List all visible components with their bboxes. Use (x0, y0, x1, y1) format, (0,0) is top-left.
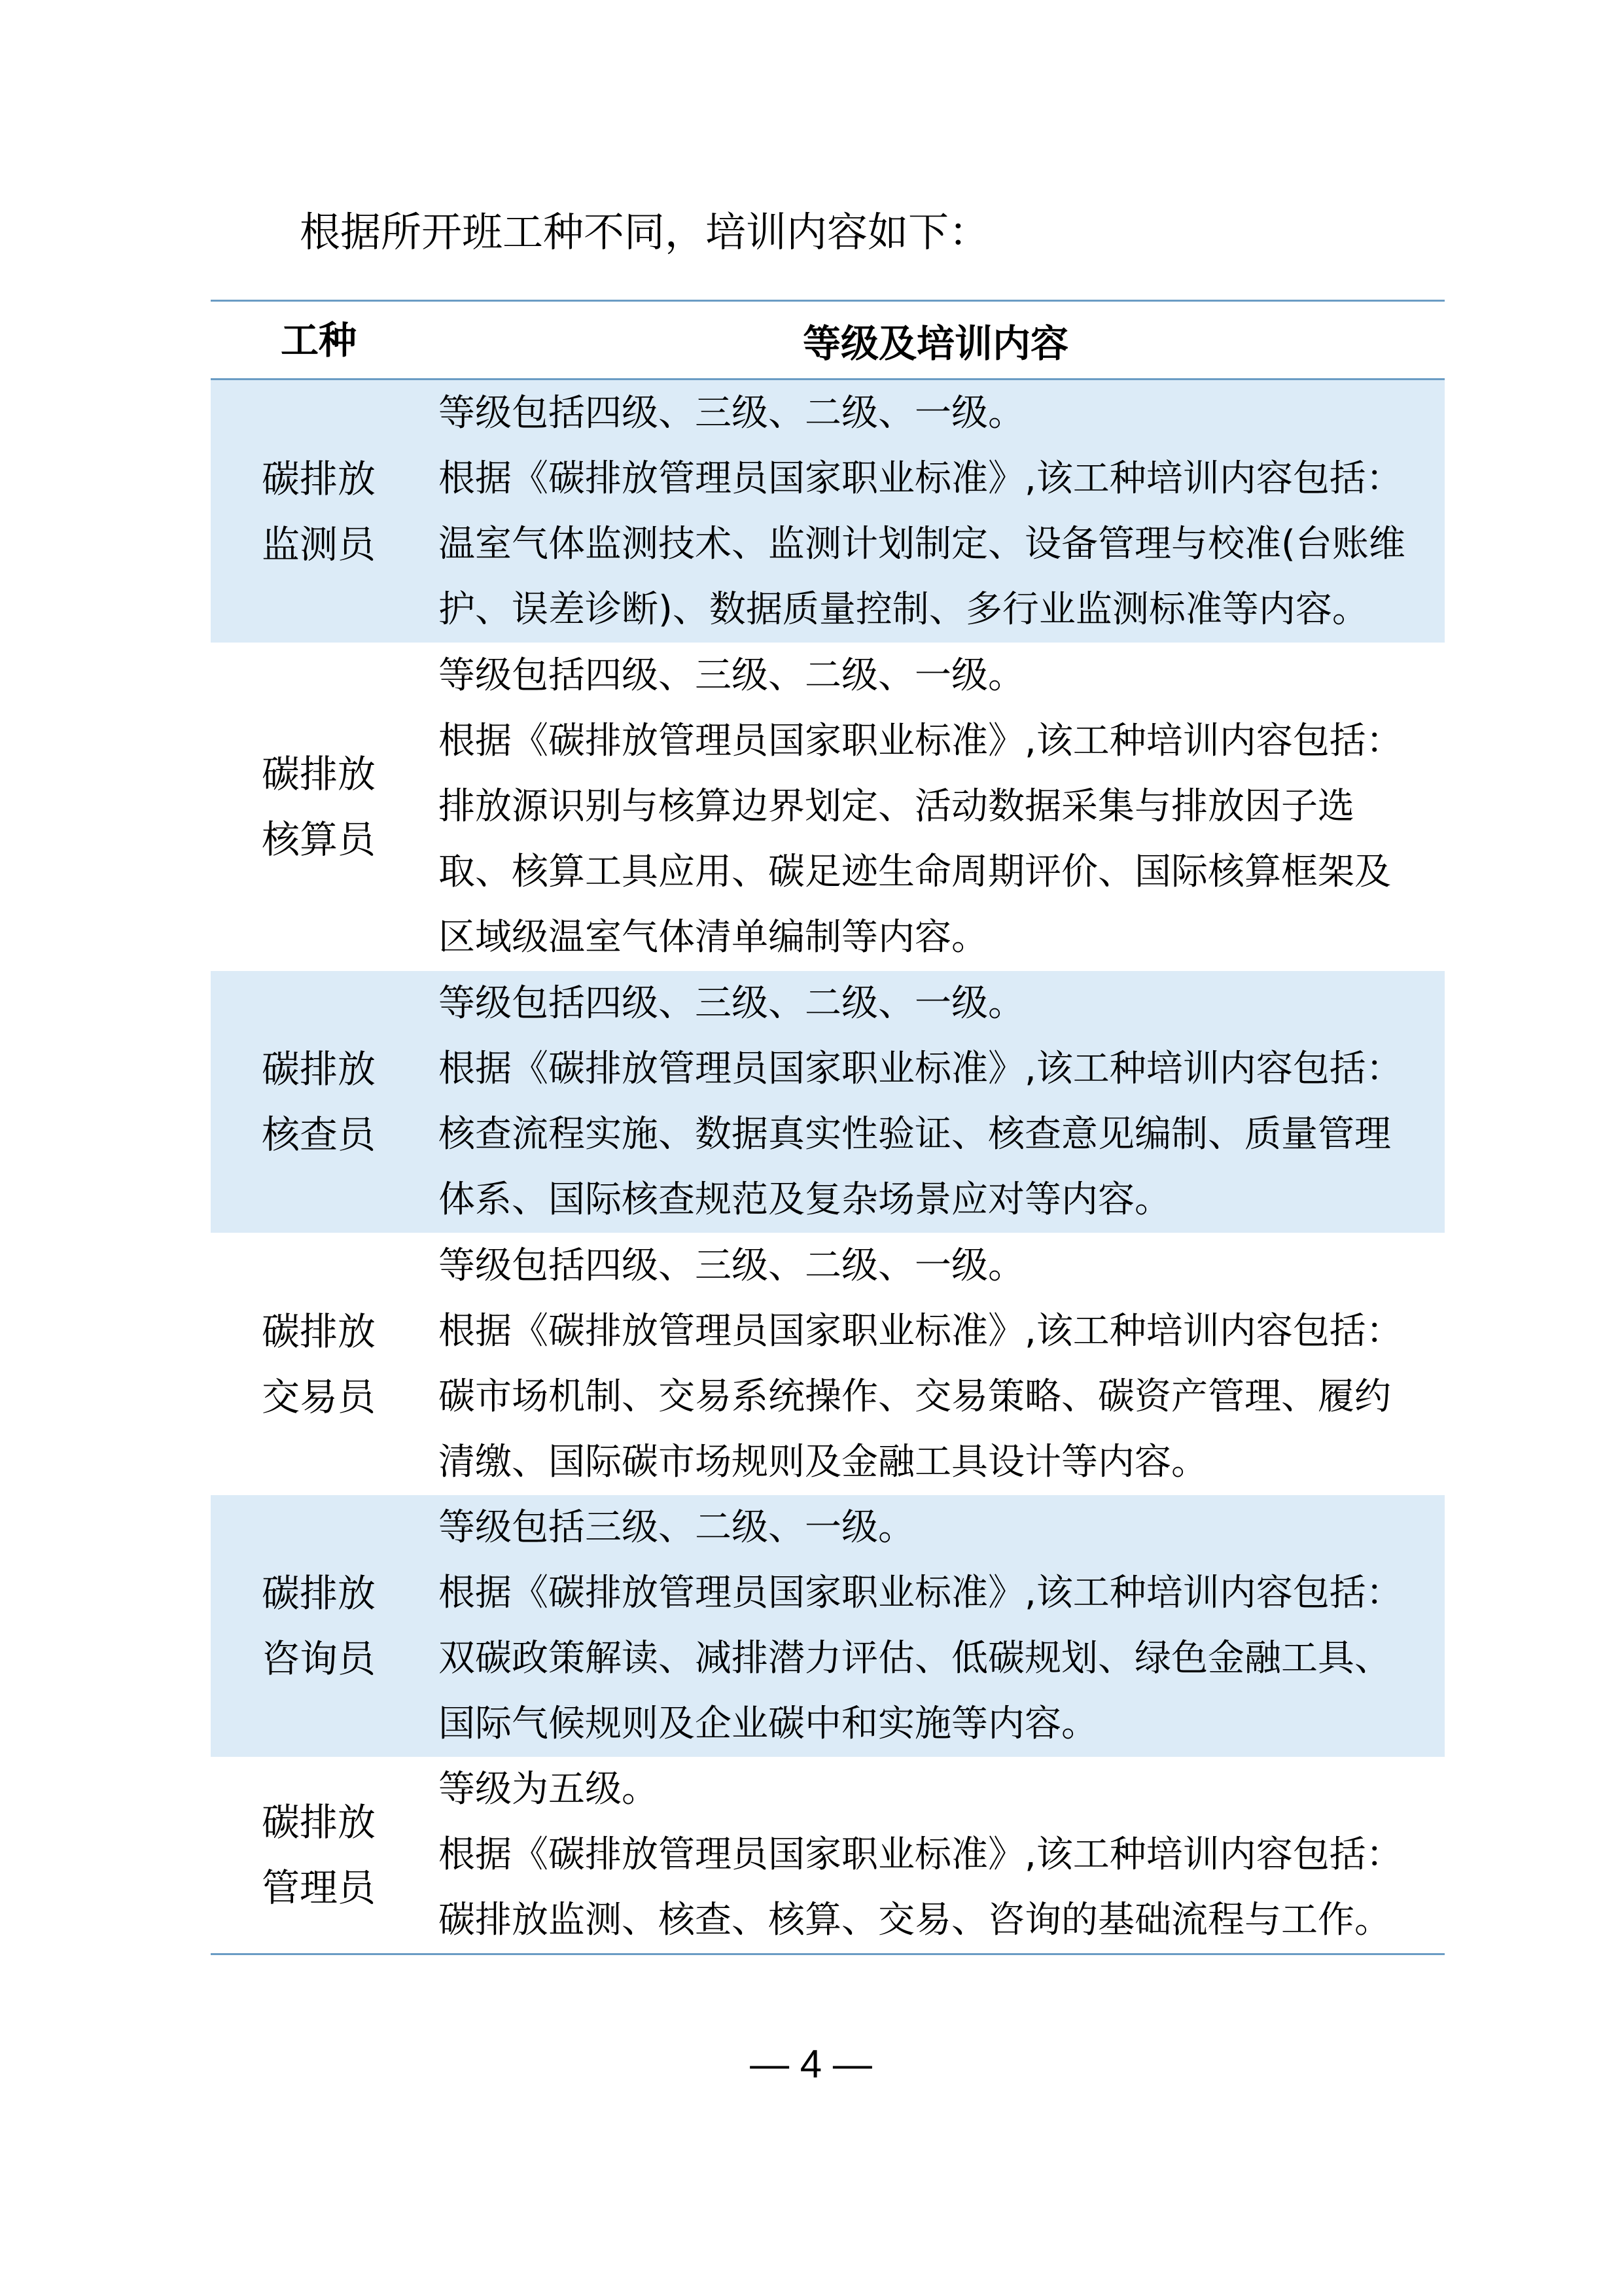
content-line: 碳市场机制、交易系统操作、交易策略、碳资产管理、履约 (438, 1364, 1432, 1430)
content-line: 核查流程实施、数据真实性验证、核查意见编制、质量管理 (438, 1102, 1432, 1167)
job-type-line: 碳排放 (211, 741, 427, 807)
content-line: 等级包括四级、三级、二级、一级。 (438, 643, 1432, 709)
content-line: 体系、国际核查规范及复杂场景应对等内容。 (438, 1167, 1432, 1233)
content-line: 根据《碳排放管理员国家职业标准》,该工种培训内容包括： (438, 446, 1432, 512)
content-line: 等级包括三级、二级、一级。 (438, 1495, 1432, 1561)
content-line: 根据《碳排放管理员国家职业标准》,该工种培训内容包括： (438, 1299, 1432, 1364)
content-line: 护、误差诊断)、数据质量控制、多行业监测标准等内容。 (438, 577, 1432, 643)
content-line: 根据《碳排放管理员国家职业标准》,该工种培训内容包括： (438, 1822, 1432, 1888)
content-line: 等级包括四级、三级、二级、一级。 (438, 381, 1432, 446)
job-type-line: 核查员 (211, 1102, 427, 1167)
job-type-line: 监测员 (211, 512, 427, 577)
content-line: 排放源识别与核算边界划定、活动数据采集与排放因子选 (438, 774, 1432, 839)
content-cell: 等级包括四级、三级、二级、一级。 根据《碳排放管理员国家职业标准》,该工种培训内… (427, 1233, 1445, 1495)
job-type-cell: 碳排放 核查员 (211, 1036, 427, 1167)
job-type-line: 咨询员 (211, 1626, 427, 1691)
content-cell: 等级为五级。 根据《碳排放管理员国家职业标准》,该工种培训内容包括： 碳排放监测… (427, 1757, 1445, 1953)
content-cell: 等级包括四级、三级、二级、一级。 根据《碳排放管理员国家职业标准》,该工种培训内… (427, 643, 1445, 970)
content-line: 根据《碳排放管理员国家职业标准》,该工种培训内容包括： (438, 1561, 1432, 1626)
header-job-type: 工种 (211, 308, 427, 373)
job-type-cell: 碳排放 管理员 (211, 1790, 427, 1920)
page-number: — 4 — (0, 2038, 1622, 2091)
content-line: 清缴、国际碳市场规则及金融工具设计等内容。 (438, 1430, 1432, 1495)
job-type-line: 碳排放 (211, 446, 427, 512)
job-type-line: 碳排放 (211, 1299, 427, 1364)
content-line: 国际气候规则及企业碳中和实施等内容。 (438, 1691, 1432, 1757)
table-row: 碳排放 咨询员 等级包括三级、二级、一级。 根据《碳排放管理员国家职业标准》,该… (211, 1495, 1445, 1757)
job-type-line: 核算员 (211, 807, 427, 872)
job-type-cell: 碳排放 交易员 (211, 1299, 427, 1430)
table-row: 碳排放 交易员 等级包括四级、三级、二级、一级。 根据《碳排放管理员国家职业标准… (211, 1233, 1445, 1495)
content-line: 取、核算工具应用、碳足迹生命周期评价、国际核算框架及 (438, 839, 1432, 905)
content-line: 根据《碳排放管理员国家职业标准》,该工种培训内容包括： (438, 1036, 1432, 1102)
job-type-line: 碳排放 (211, 1561, 427, 1626)
job-type-line: 碳排放 (211, 1790, 427, 1855)
job-type-cell: 碳排放 咨询员 (211, 1561, 427, 1691)
content-line: 根据《碳排放管理员国家职业标准》,该工种培训内容包括： (438, 709, 1432, 774)
training-content-table: 工种 等级及培训内容 碳排放 监测员 等级包括四级、三级、二级、一级。 根据《碳… (211, 300, 1445, 1955)
table-row: 碳排放 核算员 等级包括四级、三级、二级、一级。 根据《碳排放管理员国家职业标准… (211, 643, 1445, 971)
job-type-cell: 碳排放 监测员 (211, 446, 427, 577)
job-type-line: 碳排放 (211, 1036, 427, 1102)
job-type-line: 交易员 (211, 1364, 427, 1430)
content-line: 等级为五级。 (438, 1757, 1432, 1822)
content-line: 区域级温室气体清单编制等内容。 (438, 905, 1432, 970)
content-line: 等级包括四级、三级、二级、一级。 (438, 971, 1432, 1036)
table-row: 碳排放 管理员 等级为五级。 根据《碳排放管理员国家职业标准》,该工种培训内容包… (211, 1757, 1445, 1953)
content-line: 温室气体监测技术、监测计划制定、设备管理与校准(台账维 (438, 512, 1432, 577)
table-row: 碳排放 监测员 等级包括四级、三级、二级、一级。 根据《碳排放管理员国家职业标准… (211, 380, 1445, 643)
content-line: 双碳政策解读、减排潜力评估、低碳规划、绿色金融工具、 (438, 1626, 1432, 1691)
job-type-line: 管理员 (211, 1855, 427, 1920)
job-type-cell: 碳排放 核算员 (211, 741, 427, 872)
content-line: 碳排放监测、核查、核算、交易、咨询的基础流程与工作。 (438, 1888, 1432, 1953)
intro-paragraph: 根据所开班工种不同，培训内容如下： (300, 203, 989, 262)
content-cell: 等级包括四级、三级、二级、一级。 根据《碳排放管理员国家职业标准》,该工种培训内… (427, 381, 1445, 643)
content-cell: 等级包括四级、三级、二级、一级。 根据《碳排放管理员国家职业标准》,该工种培训内… (427, 971, 1445, 1233)
content-line: 等级包括四级、三级、二级、一级。 (438, 1233, 1432, 1299)
header-level-content: 等级及培训内容 (427, 313, 1445, 368)
content-cell: 等级包括三级、二级、一级。 根据《碳排放管理员国家职业标准》,该工种培训内容包括… (427, 1495, 1445, 1757)
table-row: 碳排放 核查员 等级包括四级、三级、二级、一级。 根据《碳排放管理员国家职业标准… (211, 971, 1445, 1233)
table-header-row: 工种 等级及培训内容 (211, 302, 1445, 380)
